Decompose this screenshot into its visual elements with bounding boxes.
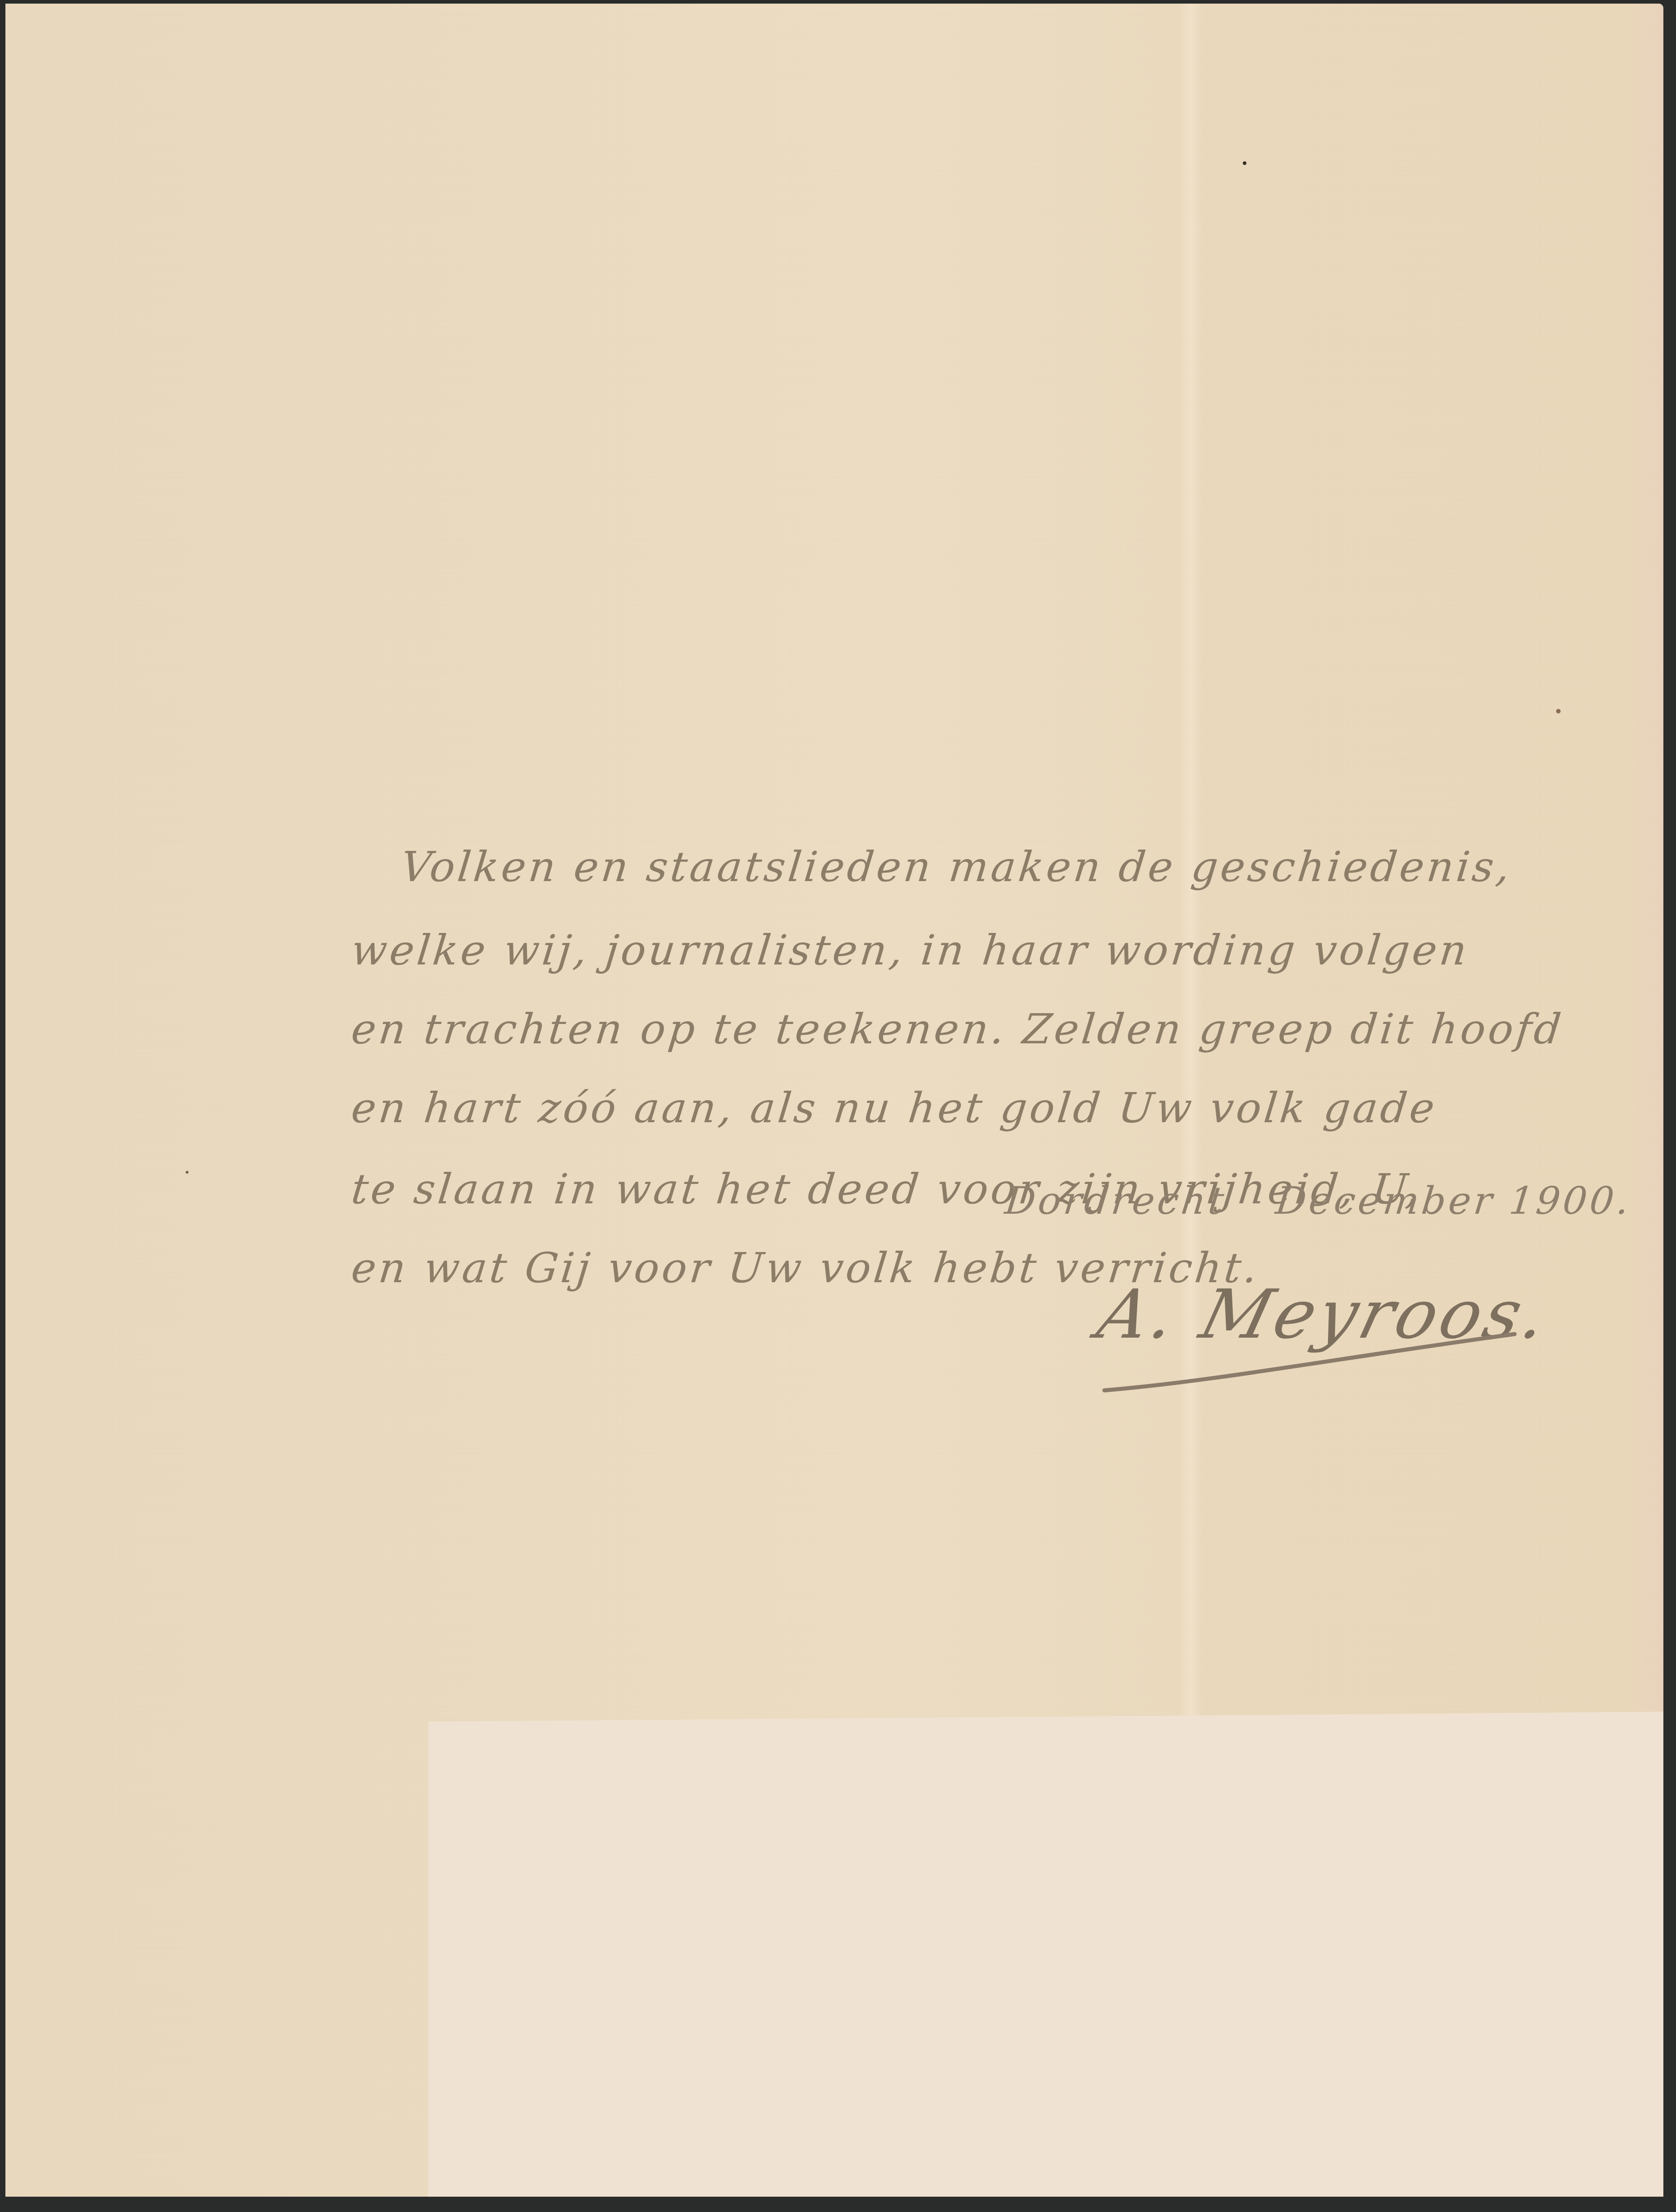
paper-speck xyxy=(1556,709,1561,713)
paper-speck xyxy=(186,1171,188,1174)
letter-line: Volken en staatslieden maken de geschied… xyxy=(398,843,1515,891)
place: Dordrecht xyxy=(1003,1179,1229,1223)
place-and-date: DordrechtDecember 1900. xyxy=(1003,1179,1634,1223)
letter-line: welke wij, journalisten, in haar wording… xyxy=(349,926,1471,974)
lighter-paper-panel xyxy=(428,1712,1663,2197)
date: December 1900. xyxy=(1273,1179,1634,1223)
letter-line: en hart zóó aan, als nu het gold Uw volk… xyxy=(349,1084,1439,1132)
paper-speck xyxy=(1243,161,1246,165)
signature-flourish-icon xyxy=(1100,1323,1519,1395)
letter-line: en trachten op te teekenen. Zelden greep… xyxy=(349,1005,1566,1053)
